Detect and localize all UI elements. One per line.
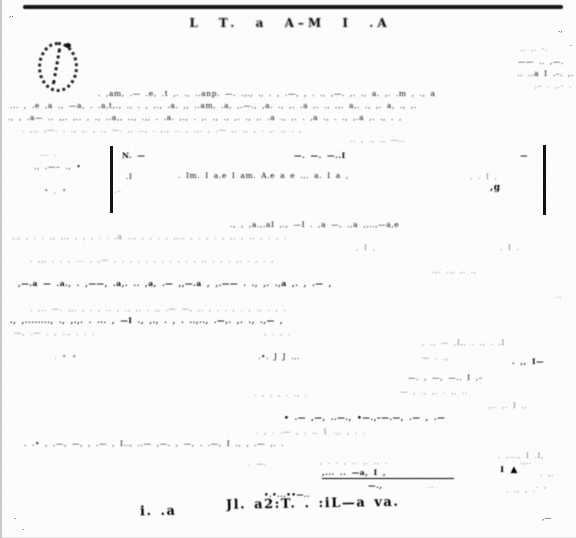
text-line: ,—.a — .a., . ,——, .a,. .. ,a, .— ,,—.a … [18,279,572,288]
text-line: ... . [40,149,96,158]
text-line: .. ,. -. [488,44,548,53]
text-line: N. — [122,151,166,160]
text-line: . Im. I a.e I am. A.e a e .,. a. I a , [178,171,466,180]
text-line: .. ..a I .–. ,. [448,69,574,78]
text-line: .I [126,172,142,181]
text-line: — . ., [422,353,484,362]
table-right-rule [543,145,546,215]
text-line: ,... .. —a, I , [322,468,454,479]
text-line: . ,.. —. ,,. , . , .. , ., ,. . ,, .— —,… [30,304,570,313]
text-line: ., , .a— .. ,,. ,.. , ., ..a,, .., .,, .… [8,113,570,122]
scan-speck: ., [558,26,562,34]
text-line: .. , ., ., —.. [350,135,478,144]
text-line: ., .—– ., • [34,162,100,171]
text-line: —. , —, —.. I ,– [408,373,550,382]
text-line: .. [556,291,572,300]
text-line: i. .a [140,505,186,520]
text-line: , . , . [264,328,346,337]
top-border-rule [23,5,563,9]
text-line: , . I , [470,172,532,181]
text-line: . ,am, .— .e, .t ,. ., ..anp. —. .,., .,… [98,89,562,98]
scan-speck: . [14,513,16,521]
scan-speck: ,. [9,11,13,19]
text-line: ,., , . . ,, ,., , , , . . ,a .., , , . … [12,232,570,241]
text-line: ., , ,a.,.aI ,., —I . ,a —, .,a ,,..,—a,… [230,220,570,229]
text-line: — , ., ,. . ,, .. [400,387,572,396]
text-line: ,.. ,. I ., [488,401,572,410]
text-line: . ., , . [506,485,564,494]
text-line: . I . [500,243,528,252]
text-line: —— .. ,—. [462,57,564,66]
text-line: . .• , .—, —, , .— , I.., ..— ,—. , —, .… [24,439,564,448]
text-line: —. —. —..I [294,151,414,160]
document-title: L T. a A–M I .A [2,16,576,30]
text-line: . , . , . ., . [254,389,376,398]
text-line: —, .— . , .., . . . [14,328,246,337]
text-line: . ,, I— [512,357,572,366]
text-line: .,. .., ,. ., [432,266,546,275]
text-line: • .— ,—, ..—., •—.,–—.—, .— , .— [284,413,572,422]
text-line: I ▲ [500,466,530,475]
text-line: . ,,, . . , ... , ,— , . , . . , . . , .… [30,255,570,264]
text-line: —., [368,481,404,490]
text-line: .– [114,186,132,195]
text-line: .. [428,481,450,490]
text-line: .,.. [520,457,572,466]
text-line: Jl. a2:T. . :iL—a va. [226,495,442,513]
text-line: , . . , .. ,. ., . [320,457,472,466]
text-line: , ., — ,I,, . ., . ,I [422,338,572,347]
text-line: .•. J J .,. [258,352,390,361]
text-line: , I , [356,243,384,252]
scan-speck: ,— [542,514,551,522]
scan-speck: . [570,40,572,48]
scanned-document-page: L T. a A–M I .A .. ,. -.—— .. ,—... ..a … [0,0,576,538]
text-line: — [520,151,542,160]
text-line: ... , .e ,a ., —a, . .a,t,., ., . , ,., … [10,101,570,110]
text-line: ., ,........, ., ,.,. . ... , —I ., ,., … [10,316,570,325]
text-line: ,g [490,184,516,193]
text-line: • , • [44,186,80,195]
emblem-stamp-icon [38,42,78,92]
scan-speck: . [22,524,24,532]
table-left-rule [110,146,113,213]
emblem-blob [65,43,71,48]
text-line: . —. [248,459,290,468]
text-line: . ,., ,—. . ., ,. , ., —. ,. .., . ,., .… [22,125,570,134]
text-line: . • • [54,352,104,361]
text-line: . , . .— , . .. 1 .,. , . . [256,427,568,436]
text-line: . ,. [540,469,572,478]
